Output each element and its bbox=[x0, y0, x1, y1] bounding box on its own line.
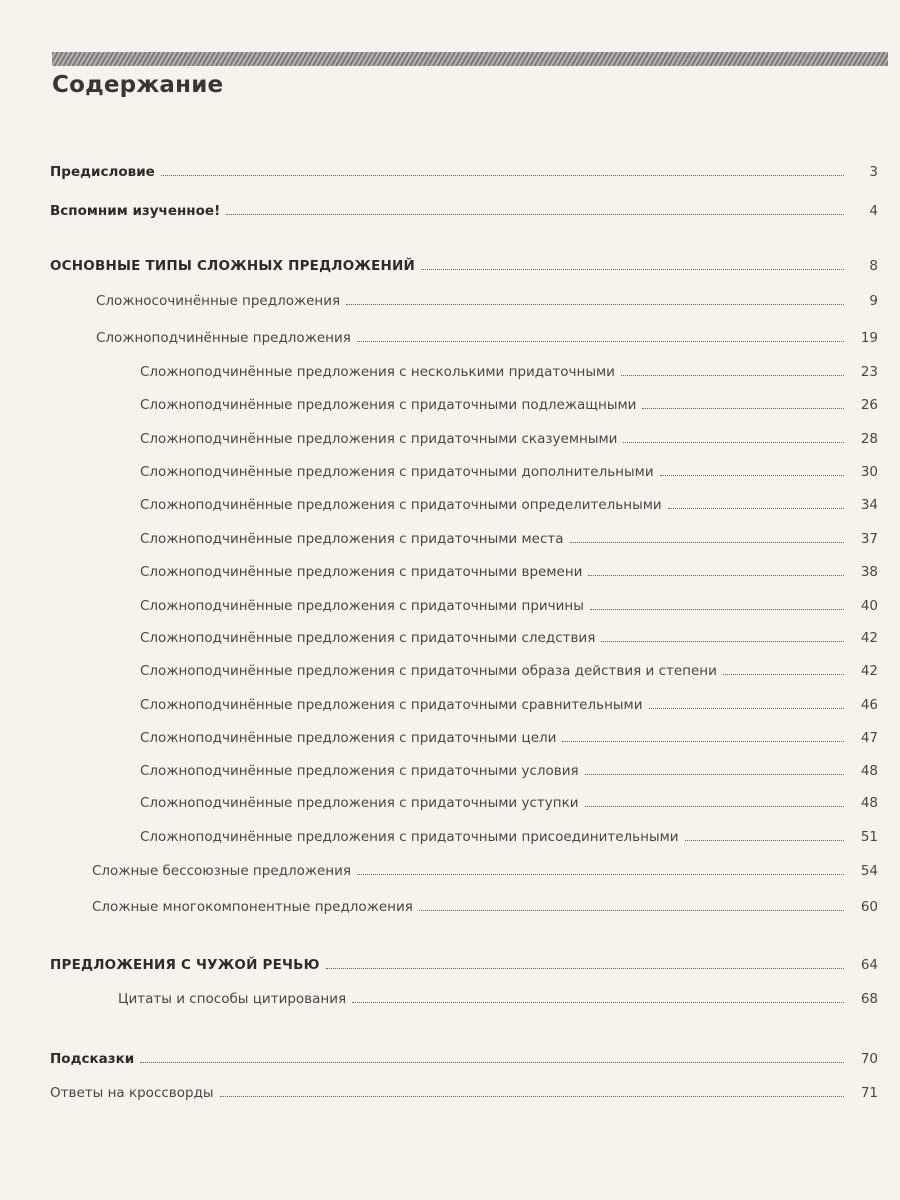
toc-entry[interactable]: Цитаты и способы цитирования68 bbox=[118, 991, 878, 1011]
toc-entry[interactable]: Сложноподчинённые предложения с нескольк… bbox=[140, 364, 878, 384]
toc-entry-page-number: 42 bbox=[850, 630, 878, 646]
toc-entry-title: Сложноподчинённые предложения с придаточ… bbox=[140, 663, 721, 679]
toc-entry-title: Сложноподчинённые предложения с придаточ… bbox=[140, 531, 568, 547]
toc-entry[interactable]: Сложноподчинённые предложения с придаточ… bbox=[140, 795, 878, 815]
dot-leader bbox=[326, 968, 844, 969]
dot-leader bbox=[623, 442, 844, 443]
toc-page: Содержание Предисловие3Вспомним изученно… bbox=[0, 0, 900, 1200]
toc-entry-page-number: 70 bbox=[850, 1051, 878, 1067]
dot-leader bbox=[352, 1002, 844, 1003]
toc-entry-page-number: 3 bbox=[850, 164, 878, 180]
dot-leader bbox=[419, 910, 844, 911]
toc-entry-page-number: 38 bbox=[850, 564, 878, 580]
toc-entry[interactable]: Сложноподчинённые предложения с придаточ… bbox=[140, 630, 878, 650]
toc-entry-page-number: 40 bbox=[850, 598, 878, 614]
toc-entry[interactable]: Сложные многокомпонентные предложения60 bbox=[92, 899, 878, 919]
toc-entry-title: Сложноподчинённые предложения с придаточ… bbox=[140, 630, 599, 646]
toc-entry-title: Предисловие bbox=[50, 164, 159, 180]
header-stripe bbox=[52, 52, 888, 66]
toc-entry[interactable]: ОСНОВНЫЕ ТИПЫ СЛОЖНЫХ ПРЕДЛОЖЕНИЙ8 bbox=[50, 258, 878, 278]
toc-entry[interactable]: ПРЕДЛОЖЕНИЯ С ЧУЖОЙ РЕЧЬЮ64 bbox=[50, 957, 878, 977]
toc-entry[interactable]: Сложные бессоюзные предложения54 bbox=[92, 863, 878, 883]
toc-entry-page-number: 28 bbox=[850, 431, 878, 447]
dot-leader bbox=[226, 214, 844, 215]
dot-leader bbox=[140, 1062, 844, 1063]
dot-leader bbox=[346, 304, 844, 305]
toc-entry[interactable]: Сложноподчинённые предложения с придаточ… bbox=[140, 564, 878, 584]
toc-entry[interactable]: Подсказки70 bbox=[50, 1051, 878, 1071]
dot-leader bbox=[570, 542, 844, 543]
dot-leader bbox=[585, 806, 844, 807]
toc-entry-page-number: 48 bbox=[850, 763, 878, 779]
toc-entry[interactable]: Сложноподчинённые предложения с придаточ… bbox=[140, 730, 878, 750]
toc-entry[interactable]: Сложноподчинённые предложения с придаточ… bbox=[140, 663, 878, 683]
toc-entry[interactable]: Вспомним изученное!4 bbox=[50, 203, 878, 223]
dot-leader bbox=[621, 375, 844, 376]
toc-entry-title: Сложноподчинённые предложения с придаточ… bbox=[140, 730, 560, 746]
toc-entry-title: Сложноподчинённые предложения с нескольк… bbox=[140, 364, 619, 380]
toc-entry-title: Сложные бессоюзные предложения bbox=[92, 863, 355, 879]
toc-entry-page-number: 19 bbox=[850, 330, 878, 346]
dot-leader bbox=[588, 575, 844, 576]
toc-entry-title: Сложноподчинённые предложения с придаточ… bbox=[140, 697, 647, 713]
page-title: Содержание bbox=[52, 72, 223, 98]
toc-entry[interactable]: Сложносочинённые предложения9 bbox=[96, 293, 878, 313]
toc-entry-page-number: 8 bbox=[850, 258, 878, 274]
toc-entry-title: Сложноподчинённые предложения с придаточ… bbox=[140, 397, 640, 413]
toc-entry-title: Сложноподчинённые предложения с придаточ… bbox=[140, 564, 586, 580]
toc-entry[interactable]: Предисловие3 bbox=[50, 164, 878, 184]
dot-leader bbox=[161, 175, 844, 176]
dot-leader bbox=[585, 774, 844, 775]
toc-entry-page-number: 26 bbox=[850, 397, 878, 413]
toc-entry-title: Сложносочинённые предложения bbox=[96, 293, 344, 309]
toc-entry-page-number: 51 bbox=[850, 829, 878, 845]
toc-entry-title: Сложноподчинённые предложения с придаточ… bbox=[140, 763, 583, 779]
toc-entry-page-number: 4 bbox=[850, 203, 878, 219]
dot-leader bbox=[220, 1096, 844, 1097]
dot-leader bbox=[590, 609, 844, 610]
toc-entry-page-number: 46 bbox=[850, 697, 878, 713]
toc-entry-title: Сложноподчинённые предложения с придаточ… bbox=[140, 598, 588, 614]
toc-entry-page-number: 37 bbox=[850, 531, 878, 547]
toc-entry-title: ОСНОВНЫЕ ТИПЫ СЛОЖНЫХ ПРЕДЛОЖЕНИЙ bbox=[50, 258, 419, 274]
toc-entry-page-number: 9 bbox=[850, 293, 878, 309]
toc-entry-title: Сложноподчинённые предложения bbox=[96, 330, 355, 346]
toc-entry-page-number: 64 bbox=[850, 957, 878, 973]
toc-entry[interactable]: Сложноподчинённые предложения с придаточ… bbox=[140, 431, 878, 451]
toc-entry[interactable]: Сложноподчинённые предложения с придаточ… bbox=[140, 464, 878, 484]
toc-entry-title: Сложноподчинённые предложения с придаточ… bbox=[140, 795, 583, 811]
toc-entry-page-number: 68 bbox=[850, 991, 878, 1007]
toc-entry-title: Вспомним изученное! bbox=[50, 203, 224, 219]
toc-entry[interactable]: Ответы на кроссворды71 bbox=[50, 1085, 878, 1105]
toc-entry-page-number: 48 bbox=[850, 795, 878, 811]
toc-entry[interactable]: Сложноподчинённые предложения19 bbox=[96, 330, 878, 350]
toc-entry-page-number: 60 bbox=[850, 899, 878, 915]
toc-entry-page-number: 71 bbox=[850, 1085, 878, 1101]
dot-leader bbox=[357, 874, 844, 875]
dot-leader bbox=[562, 741, 844, 742]
toc-entry[interactable]: Сложноподчинённые предложения с придаточ… bbox=[140, 397, 878, 417]
toc-entry[interactable]: Сложноподчинённые предложения с придаточ… bbox=[140, 697, 878, 717]
dot-leader bbox=[668, 508, 844, 509]
toc-entry-page-number: 47 bbox=[850, 730, 878, 746]
dot-leader bbox=[649, 708, 844, 709]
dot-leader bbox=[660, 475, 844, 476]
toc-entry-title: Сложноподчинённые предложения с придаточ… bbox=[140, 464, 658, 480]
toc-entry-page-number: 54 bbox=[850, 863, 878, 879]
toc-entry-page-number: 42 bbox=[850, 663, 878, 679]
toc-entry-title: ПРЕДЛОЖЕНИЯ С ЧУЖОЙ РЕЧЬЮ bbox=[50, 957, 324, 973]
dot-leader bbox=[357, 341, 844, 342]
dot-leader bbox=[601, 641, 844, 642]
dot-leader bbox=[685, 840, 844, 841]
toc-entry-page-number: 34 bbox=[850, 497, 878, 513]
toc-entry-title: Цитаты и способы цитирования bbox=[118, 991, 350, 1007]
toc-entry[interactable]: Сложноподчинённые предложения с придаточ… bbox=[140, 531, 878, 551]
toc-entry-page-number: 30 bbox=[850, 464, 878, 480]
toc-entry[interactable]: Сложноподчинённые предложения с придаточ… bbox=[140, 598, 878, 618]
toc-entry-title: Сложноподчинённые предложения с придаточ… bbox=[140, 829, 683, 845]
toc-entry-title: Сложноподчинённые предложения с придаточ… bbox=[140, 497, 666, 513]
toc-entry-title: Сложные многокомпонентные предложения bbox=[92, 899, 417, 915]
toc-entry-title: Ответы на кроссворды bbox=[50, 1085, 218, 1101]
toc-entry-page-number: 23 bbox=[850, 364, 878, 380]
toc-entry-title: Сложноподчинённые предложения с придаточ… bbox=[140, 431, 621, 447]
dot-leader bbox=[723, 674, 844, 675]
toc-entry[interactable]: Сложноподчинённые предложения с придаточ… bbox=[140, 763, 878, 783]
dot-leader bbox=[642, 408, 844, 409]
toc-entry[interactable]: Сложноподчинённые предложения с придаточ… bbox=[140, 829, 878, 849]
toc-entry-title: Подсказки bbox=[50, 1051, 138, 1067]
dot-leader bbox=[421, 269, 844, 270]
toc-entry[interactable]: Сложноподчинённые предложения с придаточ… bbox=[140, 497, 878, 517]
